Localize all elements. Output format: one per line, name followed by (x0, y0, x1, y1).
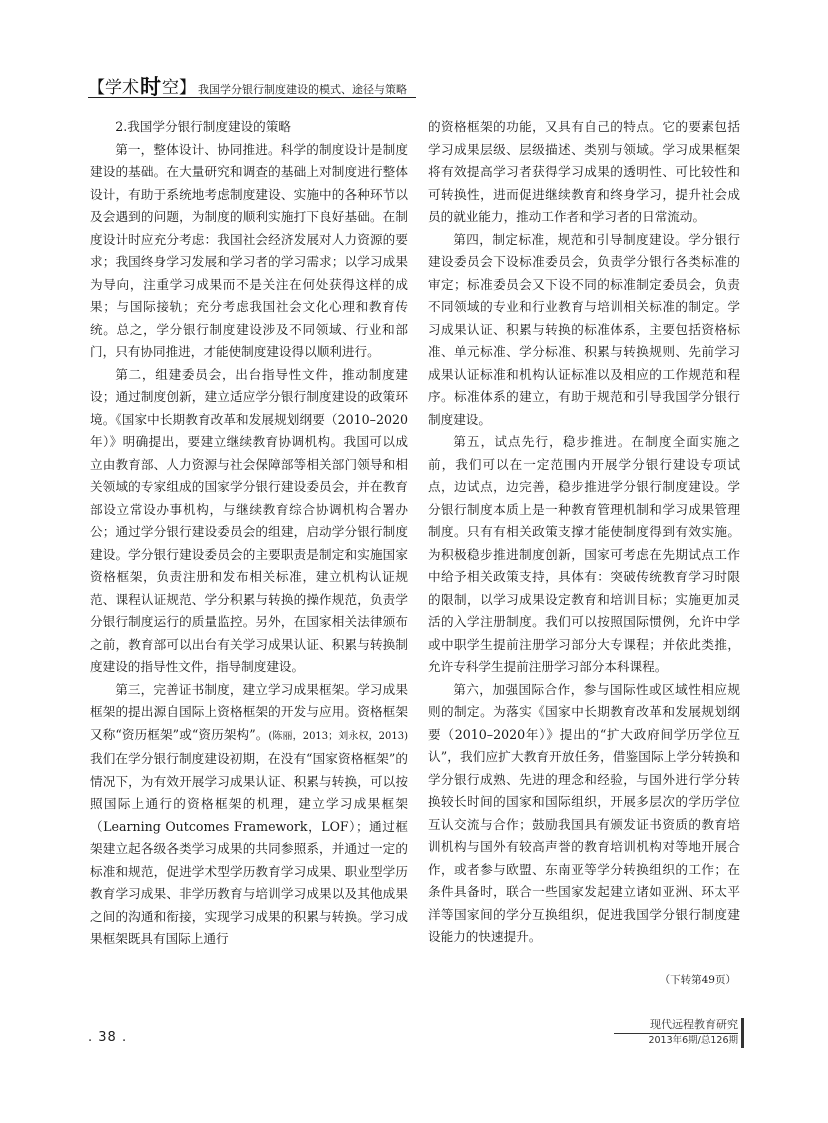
continued-note: （下转第49页） (428, 969, 740, 992)
running-header: 【 学术 时 空 】 我国学分银行制度建设的模式、途径与策略 (88, 76, 416, 100)
paragraph-sixth: 第六，加强国际合作，参与国际性或区域性相应规则的制定。为落实《国家中长期教育改革… (428, 679, 740, 949)
brand-text-bold: 时 (140, 76, 161, 98)
journal-issue: 2013年6期/总126期 (614, 1034, 738, 1048)
section-heading: 2.我国学分银行制度建设的策略 (90, 116, 408, 139)
brand-text-1: 学术 (105, 78, 139, 98)
column-brand-logo: 【 学术 时 空 】 我国学分银行制度建设的模式、途径与策略 (88, 76, 407, 98)
paragraph-fifth: 第五，试点先行，稳步推进。在制度全面实施之前，我们可以在一定范围内开展学分银行建… (428, 431, 740, 679)
paragraph-first: 第一，整体设计、协同推进。科学的制度设计是制度建设的基础。在大量研究和调查的基础… (90, 139, 408, 364)
left-column: 2.我国学分银行制度建设的策略 第一，整体设计、协同推进。科学的制度设计是制度建… (90, 116, 408, 951)
right-column: 的资格框架的功能，又具有自己的特点。它的要素包括学习成果层级、层级描述、类别与领… (428, 116, 740, 991)
paragraph-second: 第二，组建委员会，出台指导性文件，推动制度建设；通过制度创新，建立适应学分银行制… (90, 364, 408, 679)
paragraph-continuation: 的资格框架的功能，又具有自己的特点。它的要素包括学习成果层级、层级描述、类别与领… (428, 116, 740, 229)
paragraph-third-text-b: 我们在学分银行制度建设初期，在没有“国家资格框架”的情况下，为有效开展学习成果认… (90, 751, 408, 946)
paragraph-third: 第三，完善证书制度，建立学习成果框架。学习成果框架的提出源自国际上资格框架的开发… (90, 679, 408, 951)
brand-close-bracket: 】 (179, 78, 196, 98)
paragraph-fourth: 第四，制定标准，规范和引导制度建设。学分银行建设委员会下设标准委员会，负责学分银… (428, 229, 740, 432)
journal-footer: 现代远程教育研究 2013年6期/总126期 (614, 1018, 744, 1048)
header-rule (88, 97, 416, 98)
brand-text-2: 空 (162, 78, 179, 98)
brand-open-bracket: 【 (88, 78, 105, 98)
page-number: . 38 . (88, 1030, 127, 1045)
running-title: 我国学分银行制度建设的模式、途径与策略 (198, 82, 407, 98)
journal-name: 现代远程教育研究 (614, 1018, 738, 1034)
citation: (陈丽，2013；刘永权，2013) (268, 731, 408, 742)
